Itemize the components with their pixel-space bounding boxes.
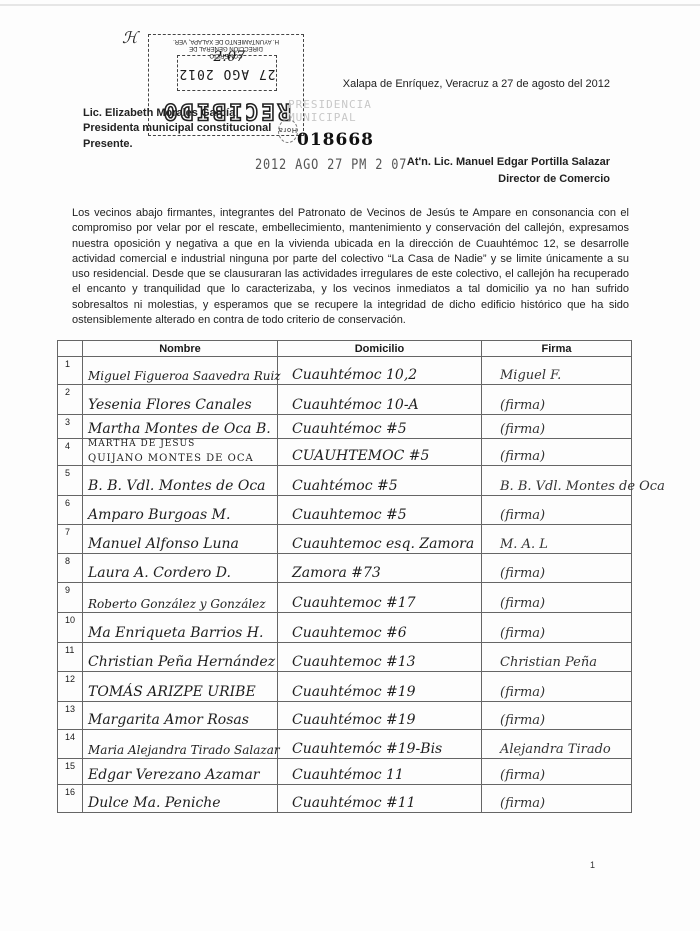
- row-nombre: Maria Alejandra Tirado Salazar: [83, 730, 278, 759]
- row-domicilio: Cuauhtémoc 10,2: [278, 357, 482, 385]
- table-row: 11Christian Peña HernándezCuauhtemoc #13…: [58, 643, 632, 672]
- row-number: 12: [58, 672, 83, 702]
- row-domicilio: Cuauhtemoc #17: [278, 583, 482, 613]
- table-row: 9Roberto González y GonzálezCuauhtemoc #…: [58, 583, 632, 613]
- received-stamp: Hora RECIBIDO 27 AGO 2012 COMERCIO DIREC…: [148, 34, 304, 136]
- row-firma: Alejandra Tirado: [482, 730, 632, 759]
- row-number: 8: [58, 554, 83, 583]
- attention-name: At'n. Lic. Manuel Edgar Portilla Salazar: [407, 156, 610, 168]
- recipient-title: Presidenta municipal constitucional: [83, 122, 271, 134]
- row-domicilio: Cuauhtemoc #6: [278, 613, 482, 643]
- row-firma: Miguel F.: [482, 357, 632, 385]
- row-domicilio: Cuauhtémoc 10-A: [278, 385, 482, 415]
- row-nombre: Dulce Ma. Peniche: [83, 785, 278, 813]
- table-row: 2Yesenia Flores CanalesCuauhtémoc 10-A(f…: [58, 385, 632, 415]
- row-number: 15: [58, 759, 83, 785]
- row-firma: (firma): [482, 702, 632, 730]
- scan-edge: [0, 4, 700, 6]
- row-number: 14: [58, 730, 83, 759]
- row-nombre: Yesenia Flores Canales: [83, 385, 278, 415]
- row-nombre: Laura A. Cordero D.: [83, 554, 278, 583]
- col-firma: Firma: [482, 341, 632, 357]
- col-nombre: Nombre: [83, 341, 278, 357]
- attention-title: Director de Comercio: [498, 173, 610, 185]
- row-domicilio: Cuauhtémoc #19: [278, 702, 482, 730]
- row-domicilio: Cuauhtémoc #11: [278, 785, 482, 813]
- row-domicilio: Cuauhtémoc #19: [278, 672, 482, 702]
- col-domicilio: Domicilio: [278, 341, 482, 357]
- table-row: 7Manuel Alfonso LunaCuauhtemoc esq. Zamo…: [58, 525, 632, 554]
- row-firma: (firma): [482, 496, 632, 525]
- table-row: 15Edgar Verezano AzamarCuauhtémoc 11(fir…: [58, 759, 632, 785]
- row-number: 16: [58, 785, 83, 813]
- table-row: 13Margarita Amor RosasCuauhtémoc #19(fir…: [58, 702, 632, 730]
- row-domicilio: CUAUHTEMOC #5: [278, 439, 482, 466]
- row-firma: (firma): [482, 415, 632, 439]
- row-nombre: Amparo Burgoas M.: [83, 496, 278, 525]
- row-domicilio: Cuauhtemoc esq. Zamora: [278, 525, 482, 554]
- faint-presidencia-stamp: PRESIDENCIA MUNICIPAL: [288, 98, 398, 124]
- table-row: 16Dulce Ma. PenicheCuauhtémoc #11(firma): [58, 785, 632, 813]
- table-row: 4MARTHA DE JESUSQUIJANO MONTES DE OCACUA…: [58, 439, 632, 466]
- body-paragraph: Los vecinos abajo firmantes, integrantes…: [72, 206, 629, 328]
- row-nombre: Martha Montes de Oca B.: [83, 415, 278, 439]
- table-row: 10Ma Enriqueta Barrios H.Cuauhtemoc #6(f…: [58, 613, 632, 643]
- stamp-handwritten-time: 2:07: [214, 49, 245, 65]
- row-number: 9: [58, 583, 83, 613]
- stamp-date: 27 AGO 2012: [178, 66, 276, 81]
- row-domicilio: Cuauhtémoc #5: [278, 415, 482, 439]
- row-domicilio: Cuauhtémoc 11: [278, 759, 482, 785]
- row-firma: Christian Peña: [482, 643, 632, 672]
- recipient-closing: Presente.: [83, 138, 133, 150]
- row-nombre: Edgar Verezano Azamar: [83, 759, 278, 785]
- row-firma: (firma): [482, 554, 632, 583]
- row-firma: (firma): [482, 583, 632, 613]
- table-row: 3Martha Montes de Oca B.Cuauhtémoc #5(fi…: [58, 415, 632, 439]
- row-firma: B. B. Vdl. Montes de Oca: [482, 466, 632, 496]
- row-nombre: Miguel Figueroa Saavedra Ruiz: [83, 357, 278, 385]
- row-number: 1: [58, 357, 83, 385]
- row-nombre: Ma Enriqueta Barrios H.: [83, 613, 278, 643]
- row-nombre: MARTHA DE JESUSQUIJANO MONTES DE OCA: [83, 439, 278, 466]
- row-nombre: Roberto González y González: [83, 583, 278, 613]
- row-number: 4: [58, 439, 83, 466]
- row-firma: (firma): [482, 385, 632, 415]
- row-number: 5: [58, 466, 83, 496]
- row-number: 6: [58, 496, 83, 525]
- table-row: 8Laura A. Cordero D.Zamora #73(firma): [58, 554, 632, 583]
- table-header-row: Nombre Domicilio Firma: [58, 341, 632, 357]
- row-number: 10: [58, 613, 83, 643]
- recipient-name: Lic. Elizabeth Morales García: [83, 107, 235, 119]
- table-row: 5B. B. Vdl. Montes de OcaCuahtémoc #5B. …: [58, 466, 632, 496]
- table-row: 12TOMÁS ARIZPE URIBECuauhtémoc #19(firma…: [58, 672, 632, 702]
- row-firma: M. A. L: [482, 525, 632, 554]
- row-nombre: TOMÁS ARIZPE URIBE: [83, 672, 278, 702]
- row-domicilio: Cuahtémoc #5: [278, 466, 482, 496]
- clock-stamp: 2012 AGO 27 PM 2 07: [255, 157, 407, 173]
- row-domicilio: Cuauhtemoc #5: [278, 496, 482, 525]
- row-number: 2: [58, 385, 83, 415]
- row-number: 7: [58, 525, 83, 554]
- row-domicilio: Zamora #73: [278, 554, 482, 583]
- place-date: Xalapa de Enríquez, Veracruz a 27 de ago…: [343, 78, 610, 90]
- handwritten-initial: ℋ: [122, 28, 138, 47]
- seal-icon: [278, 119, 298, 143]
- row-nombre: Christian Peña Hernández: [83, 643, 278, 672]
- col-number: [58, 341, 83, 357]
- row-number: 3: [58, 415, 83, 439]
- table-row: 1Miguel Figueroa Saavedra RuizCuauhtémoc…: [58, 357, 632, 385]
- document-page: ℋ Hora RECIBIDO 27 AGO 2012 COMERCIO DIR…: [0, 0, 700, 931]
- table-row: 14Maria Alejandra Tirado SalazarCuauhtem…: [58, 730, 632, 759]
- row-nombre: Margarita Amor Rosas: [83, 702, 278, 730]
- row-number: 13: [58, 702, 83, 730]
- row-number: 11: [58, 643, 83, 672]
- row-firma: (firma): [482, 759, 632, 785]
- row-firma: (firma): [482, 439, 632, 466]
- table-row: 6Amparo Burgoas M.Cuauhtemoc #5(firma): [58, 496, 632, 525]
- row-firma: (firma): [482, 613, 632, 643]
- row-firma: (firma): [482, 785, 632, 813]
- row-nombre: B. B. Vdl. Montes de Oca: [83, 466, 278, 496]
- folio-number: 018668: [297, 130, 374, 150]
- page-number: 1: [590, 860, 595, 870]
- row-firma: (firma): [482, 672, 632, 702]
- row-domicilio: Cuauhtemoc #13: [278, 643, 482, 672]
- signatures-table: Nombre Domicilio Firma 1Miguel Figueroa …: [57, 340, 632, 813]
- row-nombre: Manuel Alfonso Luna: [83, 525, 278, 554]
- row-domicilio: Cuauhtemóc #19-Bis: [278, 730, 482, 759]
